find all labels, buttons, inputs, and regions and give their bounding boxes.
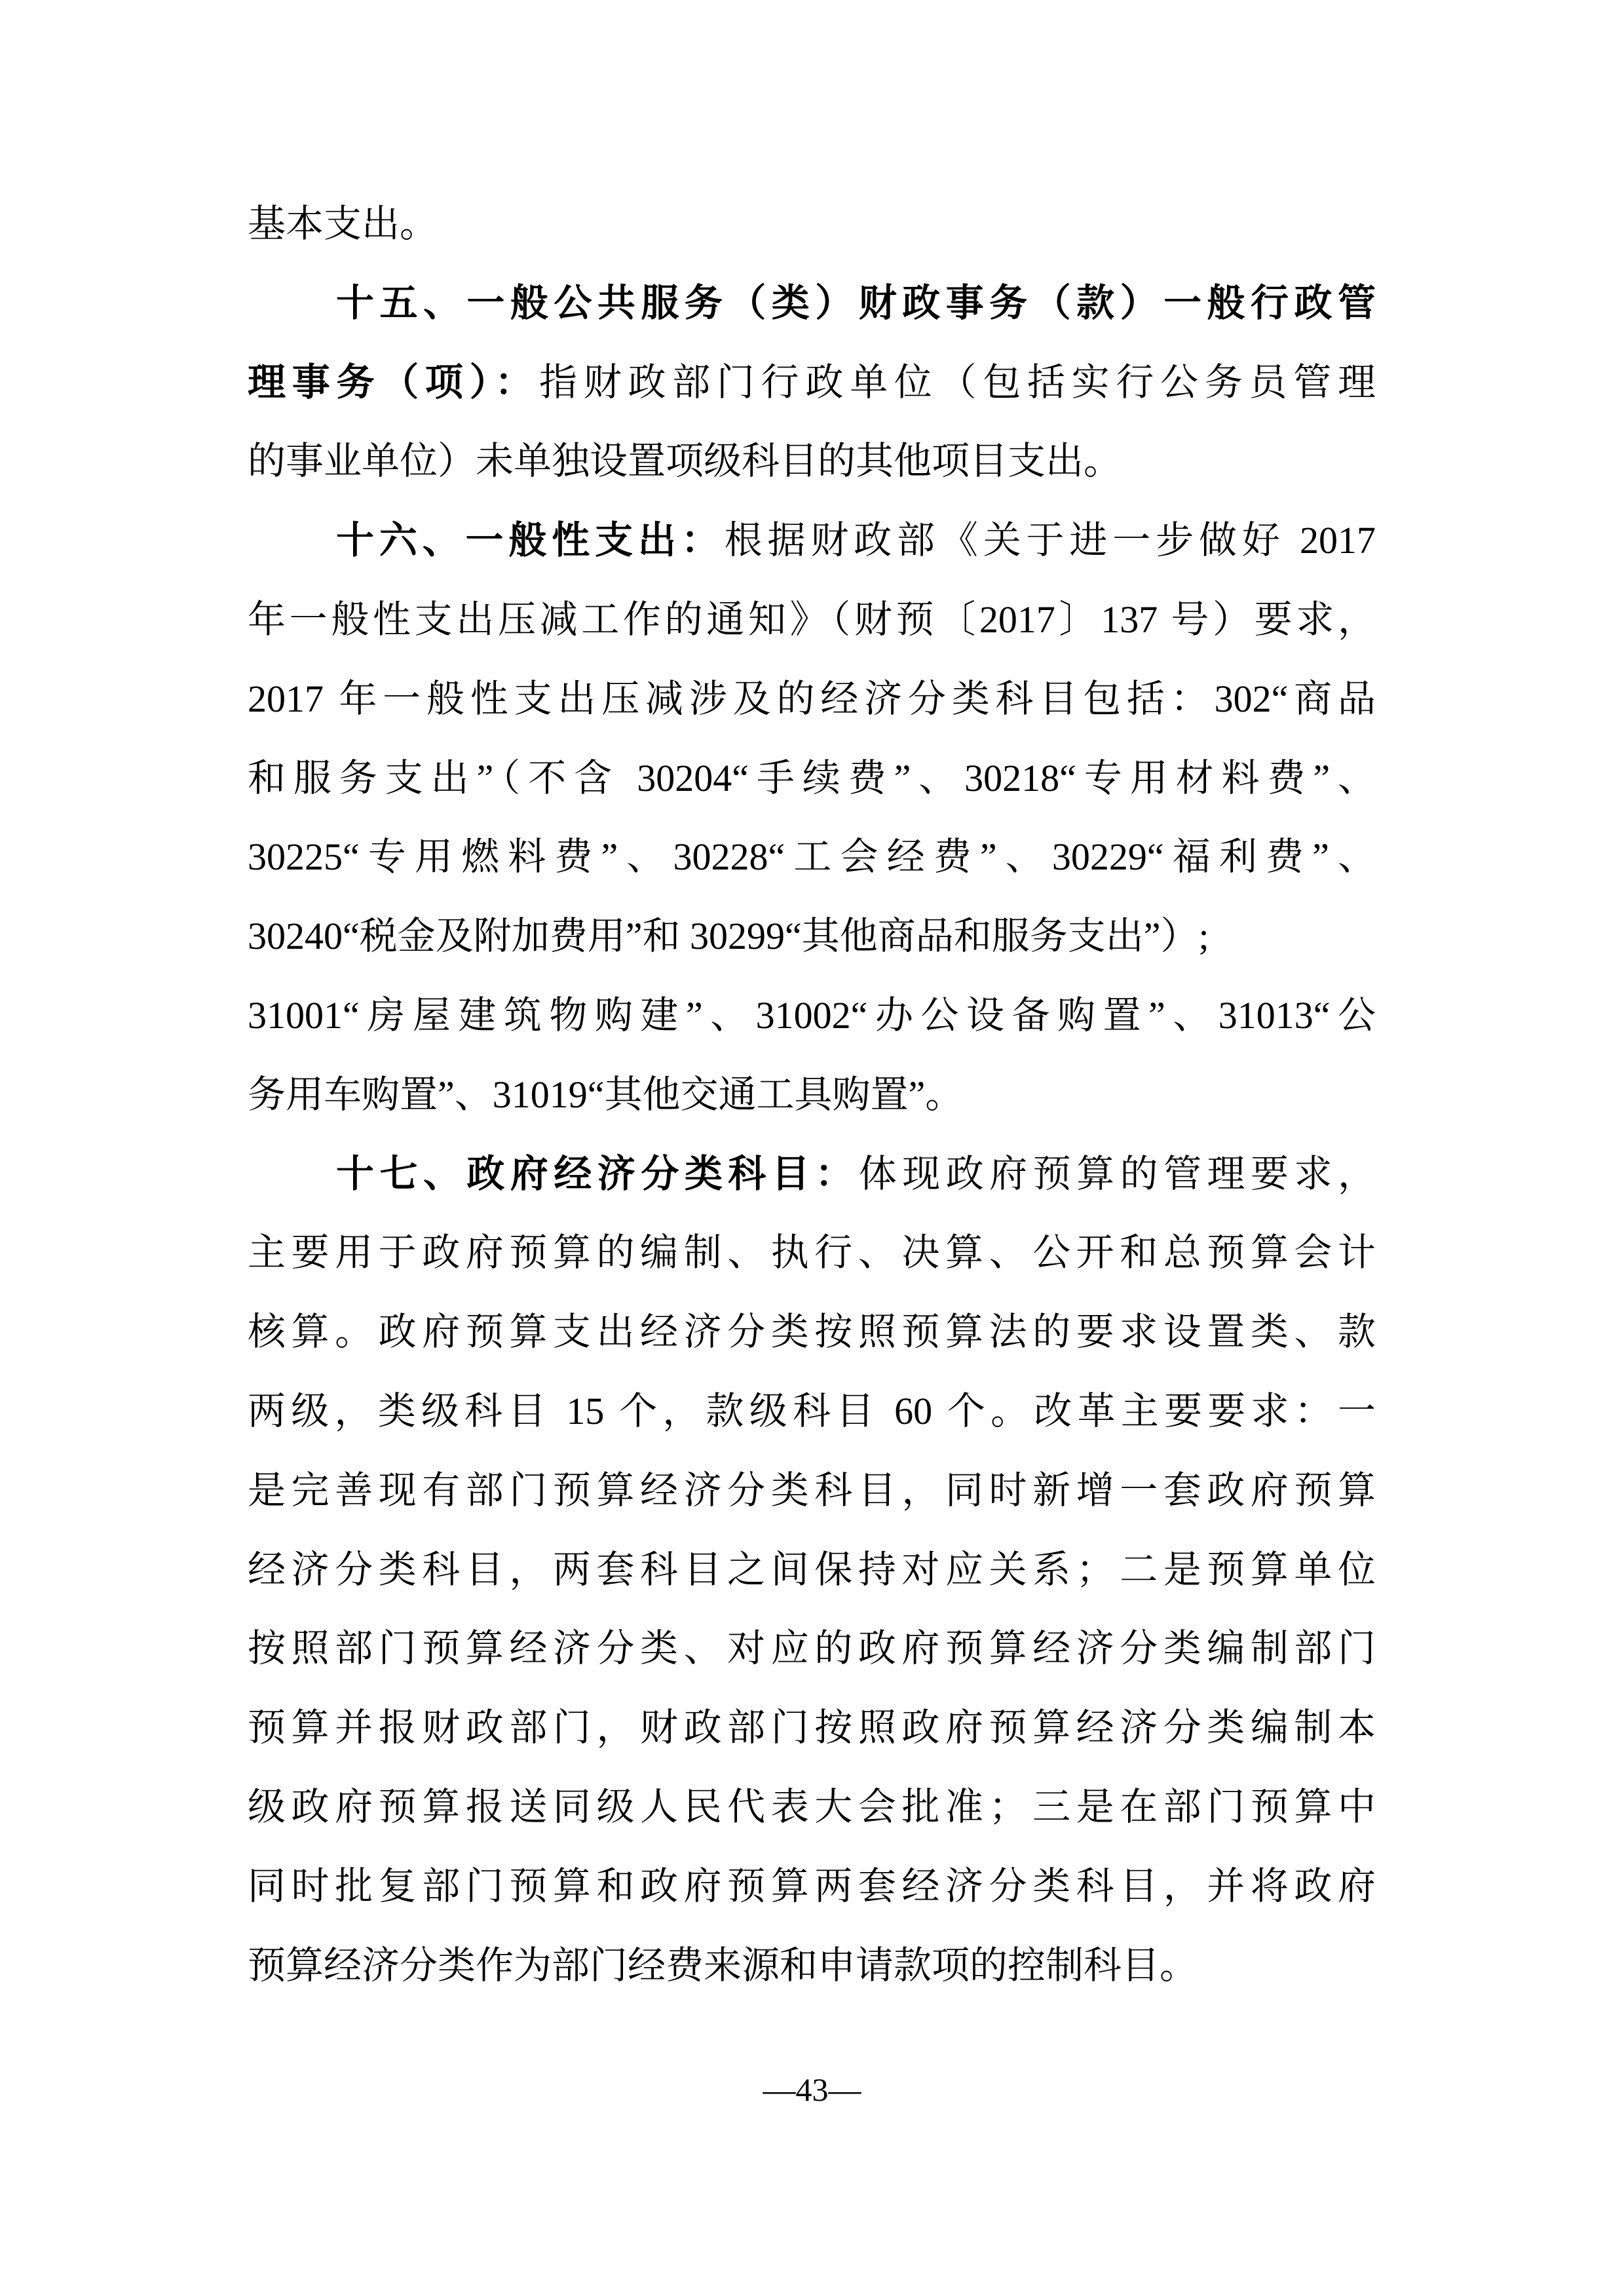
text-segment: 预算并报财政部门，财政部门按照政府预算经济分类编制本 [248,1706,1376,1749]
text-line: 预算经济分类作为部门经费来源和申请款项的控制科目。 [248,1926,1376,2006]
text-line: 理事务（项）：指财政部门行政单位（包括实行公务员管理 [248,343,1376,423]
text-line: 和服务支出”（不含 30204“手续费”、30218“专用材料费”、 [248,739,1376,818]
text-line: 十七、政府经济分类科目：体现政府预算的管理要求， [248,1135,1376,1214]
text-line: 年一般性支出压减工作的通知》（财预〔2017〕137 号）要求， [248,581,1376,660]
text-segment: 和服务支出”（不含 30204“手续费”、30218“专用材料费”、 [248,757,1376,799]
text-segment: 核算。政府预算支出经济分类按照预算法的要求设置类、款 [248,1311,1376,1353]
text-line: 经济分类科目，两套科目之间保持对应关系；二是预算单位 [248,1531,1376,1610]
document-body: 基本支出。十五、一般公共服务（类）财政事务（款）一般行政管理事务（项）：指财政部… [248,185,1376,2005]
text-segment: 指财政部门行政单位（包括实行公务员管理 [539,361,1376,404]
heading-segment: 理事务（项）： [248,361,539,404]
text-line: 按照部门预算经济分类、对应的政府预算经济分类编制部门 [248,1609,1376,1689]
text-line: 2017 年一般性支出压减涉及的经济分类科目包括：302“商品 [248,660,1376,739]
text-line: 两级，类级科目 15 个，款级科目 60 个。改革主要要求：一 [248,1372,1376,1451]
text-line: 30240“税金及附加费用”和 30299“其他商品和服务支出”）; [248,897,1376,976]
text-segment: 30240“税金及附加费用”和 30299“其他商品和服务支出”）; [248,915,1209,957]
text-line: 基本支出。 [248,185,1376,264]
text-segment: 预算经济分类作为部门经费来源和申请款项的控制科目。 [248,1944,1198,1987]
heading-segment: 十七、政府经济分类科目： [336,1153,859,1195]
page-footer: —43— [0,2069,1624,2110]
text-line: 务用车购置”、31019“其他交通工具购置”。 [248,1056,1376,1135]
text-segment: 年一般性支出压减工作的通知》（财预〔2017〕137 号）要求， [248,598,1376,641]
text-segment: 2017 年一般性支出压减涉及的经济分类科目包括：302“商品 [248,678,1376,720]
heading-segment: 十五、一般公共服务（类）财政事务（款）一般行政管 [336,282,1376,324]
text-line: 是完善现有部门预算经济分类科目，同时新增一套政府预算 [248,1451,1376,1531]
document-page: 基本支出。十五、一般公共服务（类）财政事务（款）一般行政管理事务（项）：指财政部… [0,0,1624,2296]
text-segment: 体现政府预算的管理要求， [859,1153,1376,1195]
text-line: 主要用于政府预算的编制、执行、决算、公开和总预算会计 [248,1214,1376,1293]
text-segment: 是完善现有部门预算经济分类科目，同时新增一套政府预算 [248,1469,1376,1512]
text-segment: 主要用于政府预算的编制、执行、决算、公开和总预算会计 [248,1231,1376,1274]
text-segment: 30225“专用燃料费”、30228“工会经费”、30229“福利费”、 [248,835,1376,878]
text-line: 十六、一般性支出：根据财政部《关于进一步做好 2017 [248,501,1376,581]
text-segment: 务用车购置”、31019“其他交通工具购置”。 [248,1073,963,1116]
text-line: 31001“房屋建筑物购建”、31002“办公设备购置”、31013“公 [248,976,1376,1056]
text-segment: 两级，类级科目 15 个，款级科目 60 个。改革主要要求：一 [248,1390,1376,1432]
text-line: 核算。政府预算支出经济分类按照预算法的要求设置类、款 [248,1293,1376,1372]
text-segment: 级政府预算报送同级人民代表大会批准；三是在部门预算中 [248,1786,1376,1828]
text-segment: 的事业单位）未单独设置项级科目的其他项目支出。 [248,440,1122,482]
text-line: 的事业单位）未单独设置项级科目的其他项目支出。 [248,422,1376,501]
text-segment: 根据财政部《关于进一步做好 2017 [725,519,1376,562]
heading-segment: 十六、一般性支出： [336,519,725,562]
text-segment: 基本支出。 [248,202,438,245]
text-segment: 同时批复部门预算和政府预算两套经济分类科目，并将政府 [248,1865,1376,1907]
text-line: 同时批复部门预算和政府预算两套经济分类科目，并将政府 [248,1847,1376,1926]
text-segment: 31001“房屋建筑物购建”、31002“办公设备购置”、31013“公 [248,994,1376,1037]
text-line: 十五、一般公共服务（类）财政事务（款）一般行政管 [248,264,1376,343]
text-line: 预算并报财政部门，财政部门按照政府预算经济分类编制本 [248,1689,1376,1768]
text-line: 级政府预算报送同级人民代表大会批准；三是在部门预算中 [248,1768,1376,1847]
text-segment: 经济分类科目，两套科目之间保持对应关系；二是预算单位 [248,1548,1376,1591]
text-line: 30225“专用燃料费”、30228“工会经费”、30229“福利费”、 [248,818,1376,897]
page-number: —43— [763,2071,861,2108]
text-segment: 按照部门预算经济分类、对应的政府预算经济分类编制部门 [248,1627,1376,1670]
